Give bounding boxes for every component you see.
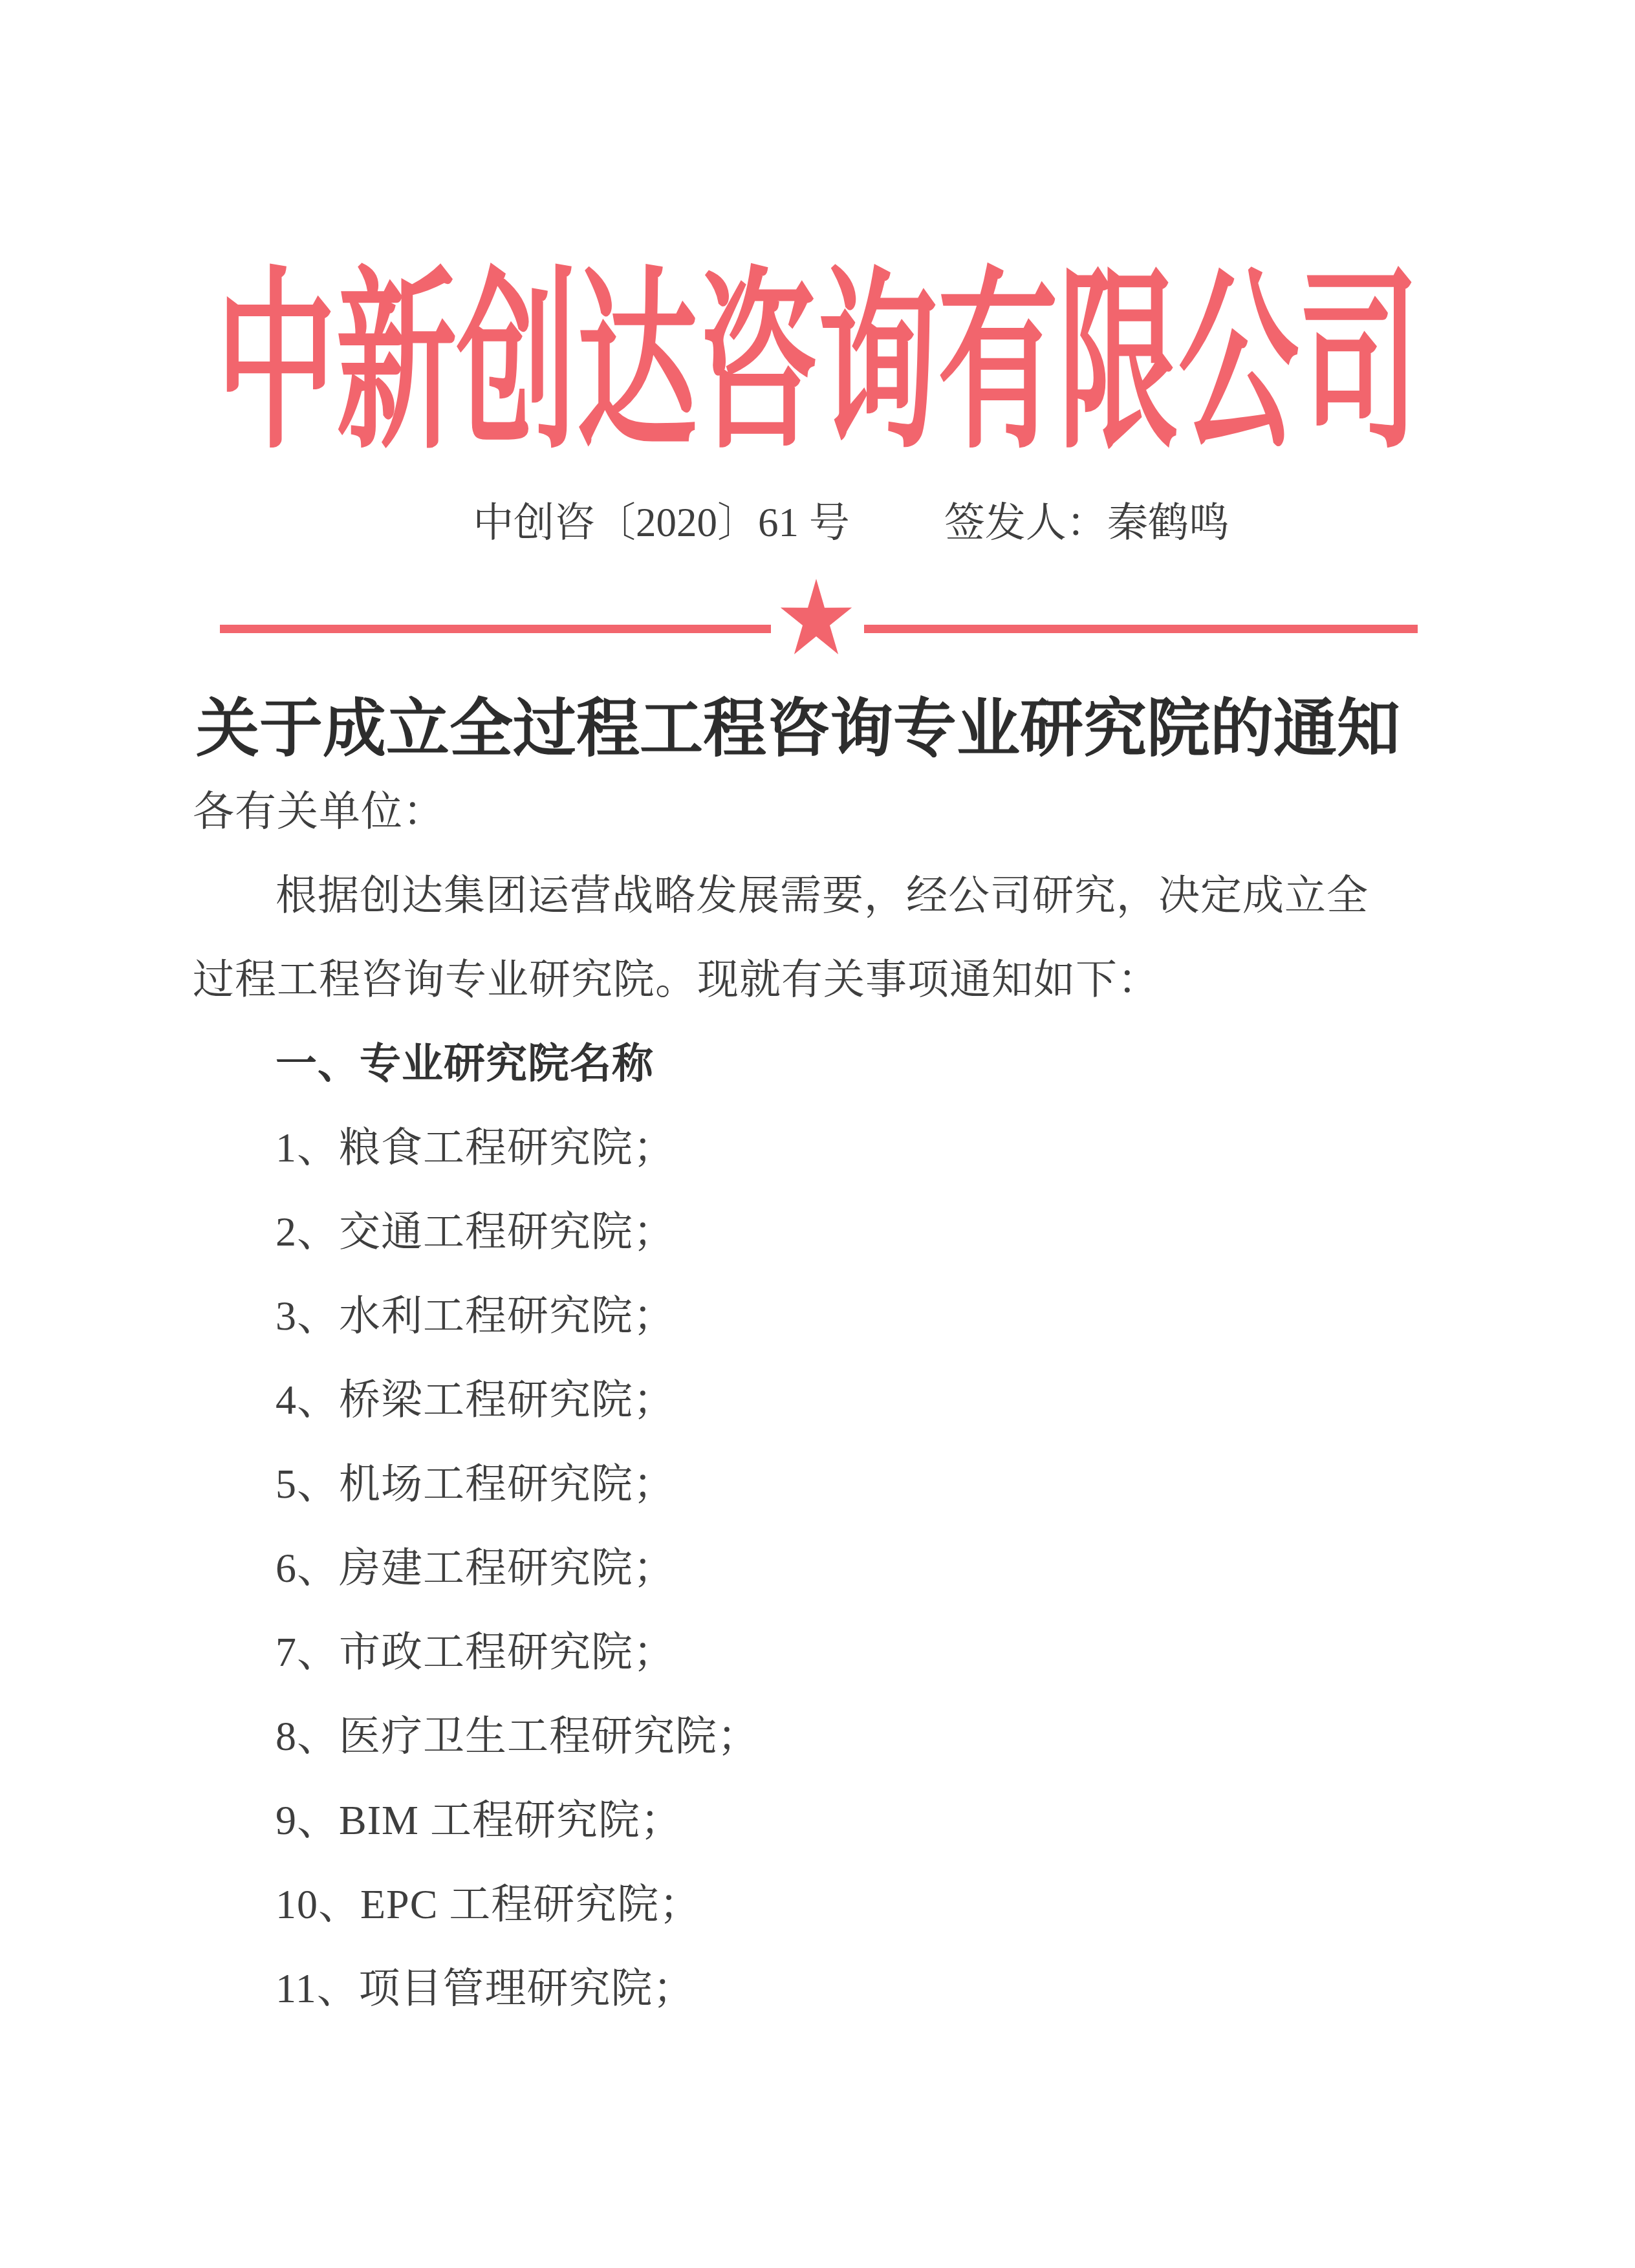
- list-item: 3、水利工程研究院；: [193, 1274, 1441, 1358]
- doc-number: 中创咨〔2020〕61 号: [473, 499, 850, 546]
- paragraph-line: 根据创达集团运营战略发展需要，经公司研究，决定成立全: [193, 854, 1441, 938]
- notice-title: 关于成立全过程工程咨询专业研究院的通知: [0, 693, 1616, 766]
- list-item: 11、项目管理研究院；: [193, 1947, 1441, 2031]
- list-item: 2、交通工程研究院；: [193, 1190, 1441, 1274]
- list-item: 9、BIM 工程研究院；: [193, 1778, 1441, 1863]
- divider-line-left: [220, 625, 771, 633]
- company-name: 中新创达咨询有限公司: [216, 267, 1419, 461]
- list-item: 4、桥梁工程研究院；: [193, 1358, 1441, 1442]
- list-item: 8、医疗卫生工程研究院；: [193, 1694, 1441, 1778]
- star-icon: [779, 579, 854, 662]
- list-item: 1、粮食工程研究院；: [193, 1106, 1441, 1190]
- salutation: 各有关单位：: [193, 770, 1441, 854]
- notice-body: 各有关单位： 根据创达集团运营战略发展需要，经公司研究，决定成立全 过程工程咨询…: [193, 770, 1441, 2031]
- list-item: 5、机场工程研究院；: [193, 1442, 1441, 1526]
- list-item: 7、市政工程研究院；: [193, 1610, 1441, 1694]
- issuer-name: 秦鹤鸣: [1107, 500, 1229, 545]
- doc-meta-row: 中创咨〔2020〕61 号 签发人：秦鹤鸣: [34, 499, 1635, 546]
- list-item: 6、房建工程研究院；: [193, 1526, 1441, 1610]
- issuer: 签发人：秦鹤鸣: [944, 499, 1229, 546]
- list-item: 10、EPC 工程研究院；: [193, 1863, 1441, 1947]
- section-heading: 一、专业研究院名称: [193, 1022, 1441, 1106]
- issuer-label: 签发人：: [944, 500, 1107, 545]
- paragraph-line: 过程工程咨询专业研究院。现就有关事项通知如下：: [193, 938, 1441, 1022]
- document-page: 中新创达咨询有限公司 中创咨〔2020〕61 号 签发人：秦鹤鸣 关于成立全过程…: [0, 0, 1635, 2268]
- divider-line-right: [864, 625, 1418, 633]
